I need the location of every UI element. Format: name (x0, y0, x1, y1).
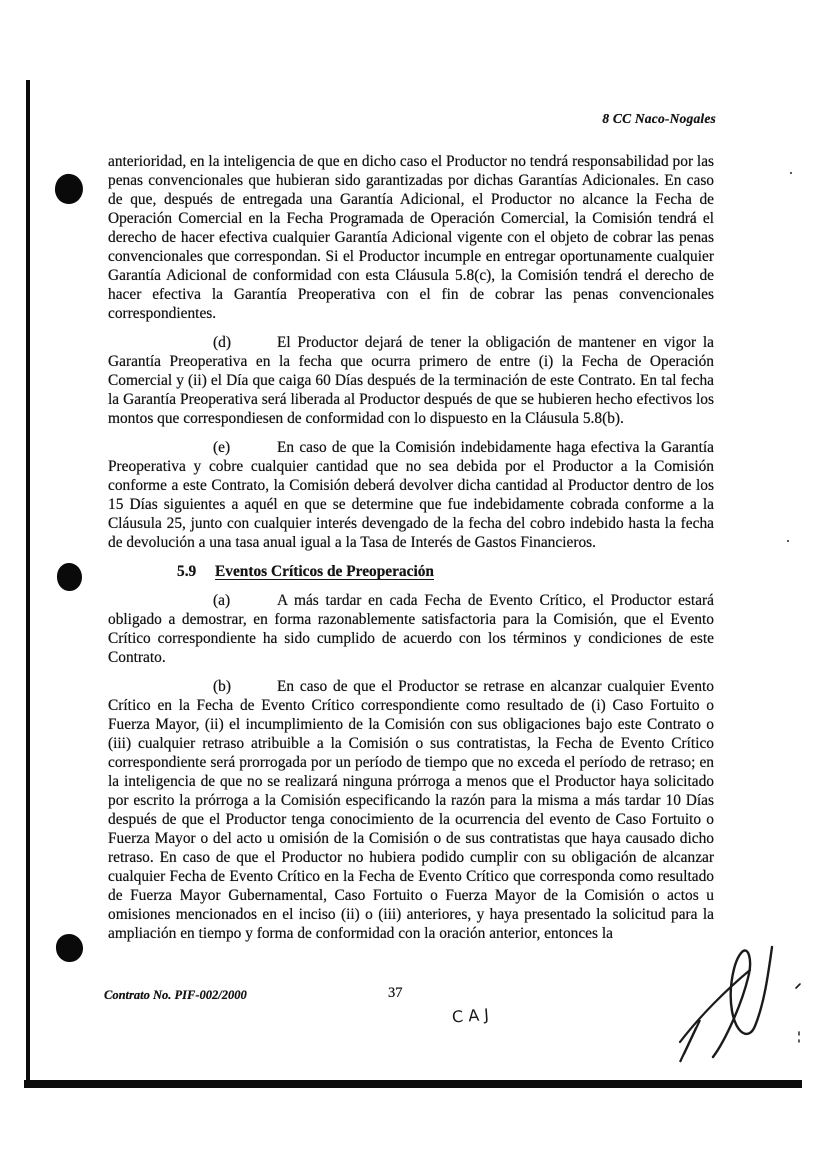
hole-punch-mark (55, 933, 85, 964)
footer-contract-number: Contrato No. PIF-002/2000 (104, 988, 247, 1003)
paragraph-text: anterioridad, en la inteligencia de que … (108, 153, 714, 322)
paragraph-e: (e)En caso de que la Comisión indebidame… (108, 438, 714, 552)
running-header: 8 CC Naco-Nogales (602, 111, 716, 127)
scan-speck (790, 172, 792, 174)
paragraph-d: (d)El Productor dejará de tener la oblig… (108, 333, 714, 428)
contract-body: anterioridad, en la inteligencia de que … (108, 152, 714, 953)
scan-bottom-border (24, 1080, 802, 1088)
paragraph-text: A más tardar en cada Fecha de Evento Crí… (108, 592, 714, 666)
section-heading-5-9: 5.9Eventos Críticos de Preoperación (108, 562, 714, 581)
scan-left-border (26, 80, 30, 1087)
hole-punch-mark (53, 172, 85, 206)
hole-punch-mark (57, 563, 82, 591)
footer-page-number: 37 (388, 985, 403, 1002)
paragraph-text: En caso de que el Productor se retrase e… (108, 678, 714, 942)
paragraph-a: (a)A más tardar en cada Fecha de Evento … (108, 591, 714, 667)
handwritten-initials: CAJ (451, 1005, 494, 1027)
paragraph-label: (d) (213, 333, 277, 352)
paragraph-text: El Productor dejará de tener la obligaci… (108, 334, 714, 427)
paragraph-label: (b) (213, 677, 277, 696)
paragraph-text: En caso de que la Comisión indebidamente… (108, 439, 714, 551)
paragraph-label: (a) (213, 591, 277, 610)
paragraph-label: (e) (213, 438, 277, 457)
paragraph-continuation: anterioridad, en la inteligencia de que … (108, 152, 714, 323)
section-title: Eventos Críticos de Preoperación (215, 563, 434, 580)
signature-scribble (668, 944, 808, 1069)
scan-speck (787, 540, 789, 542)
paragraph-b: (b)En caso de que el Productor se retras… (108, 677, 714, 943)
section-number: 5.9 (177, 562, 215, 581)
document-page: 8 CC Naco-Nogales anterioridad, en la in… (0, 0, 828, 1169)
